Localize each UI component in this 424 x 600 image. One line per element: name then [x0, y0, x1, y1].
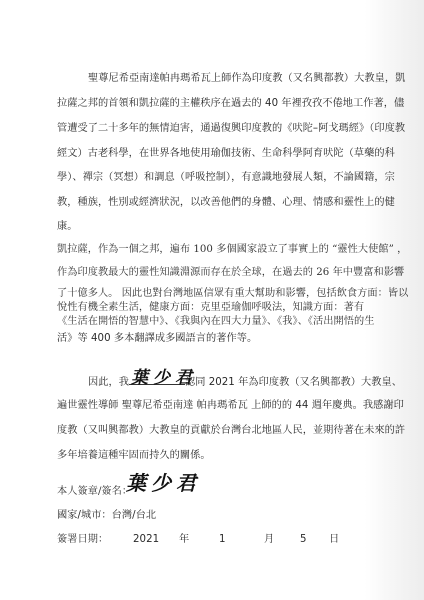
text-line: 《生活在開悟的智慧中》、《我與內在四大力量》、《我》、《活出開悟的生 [57, 316, 374, 328]
date-year: 2021 [133, 534, 159, 546]
location-row: 國家/城市：台灣/台北 [57, 510, 156, 522]
text-line: 度教（又叫興都教）大教皇的貢獻於台灣台北地區人民，並期待著在未來的許 [57, 425, 405, 437]
text-line: 作為印度教最大的靈性知識淵源而存在於全球，在過去的 26 年中豐富和影響 [57, 267, 404, 279]
text-line: 多年培養這種牢固而持久的關係。 [57, 450, 211, 462]
date-label: 簽署日期： [57, 534, 108, 546]
signature-label: 本人簽章/簽名： [57, 486, 132, 497]
location-label: 國家/城市： [57, 510, 112, 521]
endorsement-suffix: 認同 2021 年為印度教（又名興都教）大教皇、 [185, 377, 402, 388]
text-line: 拉薩之邦的首領和凱拉薩的主權秩序在過去的 40 年裡孜孜不倦地工作著，儘 [57, 98, 404, 110]
document-page: 聖尊尼希亞南達帕冉瑪希瓦上師作為印度教（又名興都教）大教皇，凱 拉薩之邦的首領和… [0, 0, 424, 600]
text-line: 經文）古老科學，在世界各地使用瑜伽技術、生命科學阿育吠陀（草藥的科 [57, 148, 395, 160]
text-line: 凱拉薩，作為一個之邦，遍布 100 多個國家設立了事實上的 “靈性大使館” ， [57, 244, 407, 256]
text-line: 管遭受了二十多年的無情迫害，通過復興印度教的《吠陀–阿戈瑪經》（印度教 [57, 123, 405, 135]
signature-handwritten: 葉少君 [126, 467, 201, 496]
endorsement-first-line: 因此，我葉少君認同 2021 年為印度教（又名興都教）大教皇、 [88, 374, 402, 389]
text-line: 學）、禪宗（冥想）和調息（呼吸控制），有意識地發展人類，不論國籍，宗 [57, 172, 395, 184]
text-line: 活》等 400 多本翻譯成多國語言的著作等。 [57, 333, 257, 345]
signer-name-handwritten: 葉少君 [131, 372, 197, 384]
endorsement-prefix: 因此，我 [88, 377, 129, 388]
signature-row: 本人簽章/簽名： [57, 486, 132, 498]
text-line: 了十億多人。 因此也對台灣地區信眾有重大幫助和影響，包括飲食方面：皆以 [57, 288, 408, 300]
text-line: 遍世靈性導師 聖尊尼希亞南達 帕冉瑪希瓦 上師的的 44 週年慶典。我感謝印 [57, 400, 404, 412]
text-line: 悅性有機全素生活，健康方面：克里亞瑜伽呼吸法，知識方面：著有 [57, 302, 364, 314]
date-day-unit: 日 [329, 534, 339, 546]
date-year-unit: 年 [179, 534, 189, 546]
signer-name-blank: 葉少君 [129, 374, 185, 385]
date-month-unit: 月 [264, 534, 274, 546]
text-line: 聖尊尼希亞南達帕冉瑪希瓦上師作為印度教（又名興都教）大教皇，凱 [88, 73, 405, 85]
location-value: 台灣/台北 [112, 510, 156, 521]
text-line: 康。 [57, 221, 77, 233]
text-line: 教，種族，性別或經濟狀況，以改善他們的身體、心理、情感和靈性上的健 [57, 197, 395, 209]
date-month: 1 [219, 534, 226, 546]
date-day: 5 [300, 534, 307, 546]
